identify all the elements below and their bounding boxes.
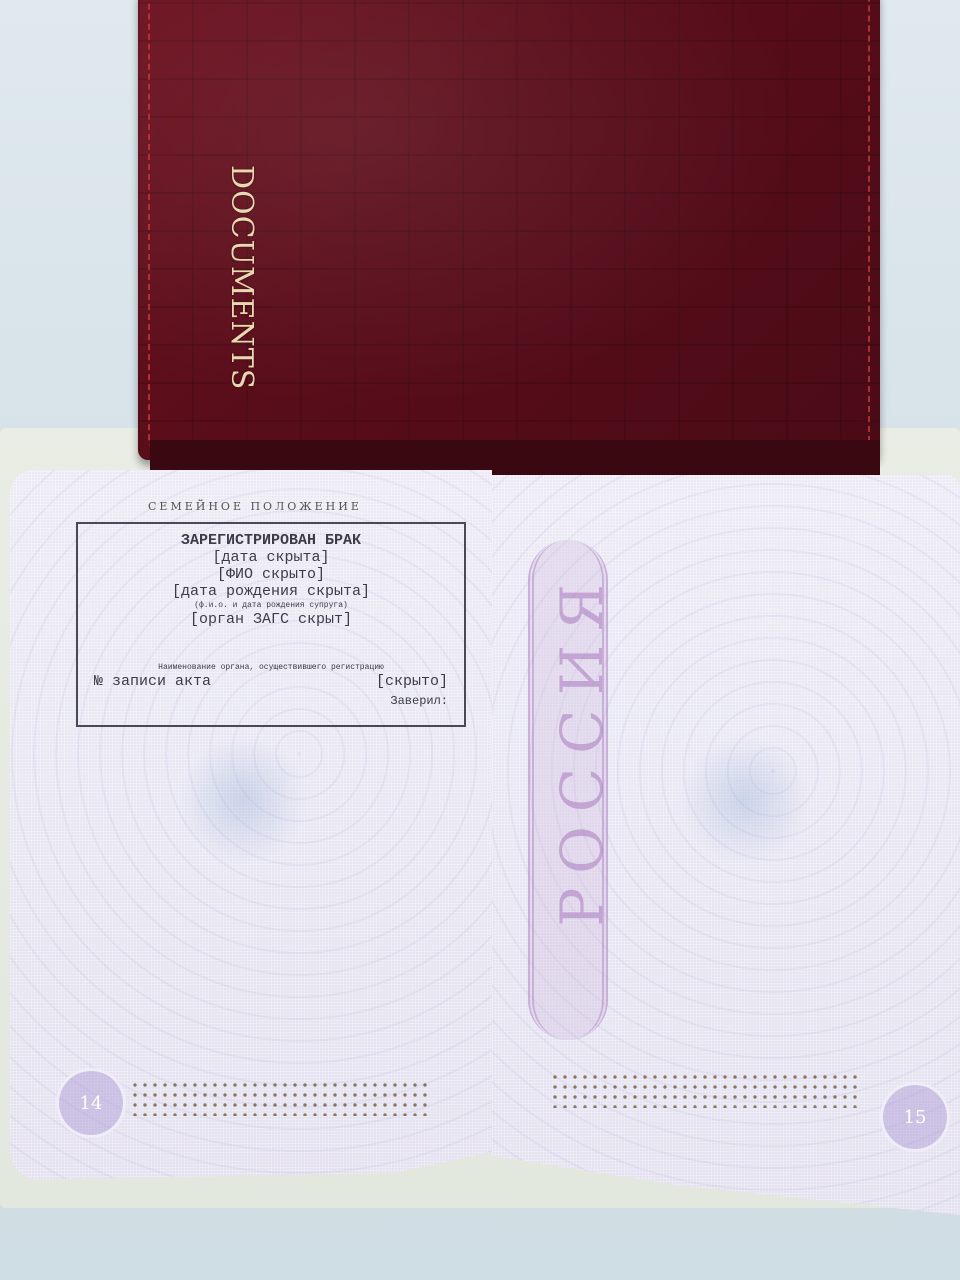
stamp-registration-date: [дата скрыта] — [78, 549, 464, 566]
watermark-left — [178, 735, 308, 865]
stamp-authority-cont — [78, 628, 464, 662]
serial-perforation-left — [130, 1080, 430, 1116]
stamp-certified-row: Заверил: — [78, 694, 464, 708]
marriage-registration-stamp: ЗАРЕГИСТРИРОВАН БРАК [дата скрыта] [ФИО … — [76, 522, 466, 727]
stamp-act-number: [скрыто] — [376, 673, 448, 690]
section-title: СЕМЕЙНОЕ ПОЛОЖЕНИЕ — [148, 500, 362, 513]
stamp-authority-caption: Наименование органа, осуществившего реги… — [78, 662, 464, 673]
stamp-act-row: № записи акта [скрыто] — [78, 673, 464, 690]
page-number-left: 14 — [56, 1068, 126, 1138]
ornament-text: РОССИЯ — [548, 570, 616, 927]
wallet-embossed-label: DOCUMENTS — [224, 165, 259, 390]
stamp-certified-label: Заверил: — [390, 694, 448, 708]
stamp-heading: ЗАРЕГИСТРИРОВАН БРАК — [78, 532, 464, 549]
stamp-authority: [орган ЗАГС скрыт] — [78, 611, 464, 628]
page-number-right: 15 — [880, 1082, 950, 1152]
stamp-spouse-name: [ФИО скрыто] — [78, 566, 464, 583]
stamp-act-label: № записи акта — [94, 673, 211, 690]
serial-perforation-right — [550, 1072, 860, 1108]
stamp-spouse-birthdate: [дата рождения скрыта] — [78, 583, 464, 600]
watermark-right — [680, 735, 810, 865]
stamp-spouse-caption: (ф.и.о. и дата рождения супруга) — [78, 600, 464, 611]
